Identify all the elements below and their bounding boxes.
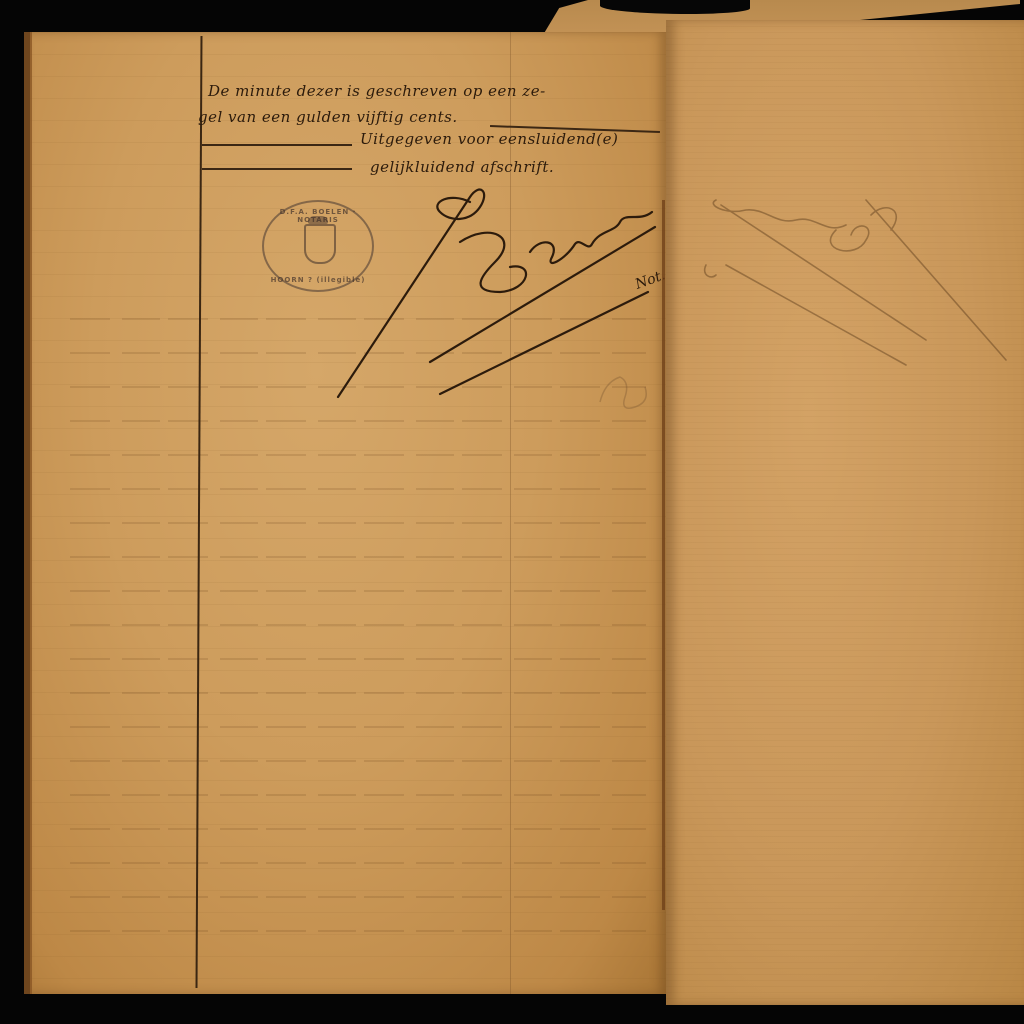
fold-crease [510, 32, 511, 994]
binding-gutter [662, 200, 665, 910]
ruled-dash [202, 168, 352, 170]
ruled-dash [202, 144, 352, 146]
pencil-mark [590, 362, 660, 422]
annotation-line-4: gelijkluidend afschrift. [370, 158, 554, 176]
right-page [666, 20, 1024, 1005]
document-scan: De minute dezer is geschreven op een ze-… [0, 0, 1024, 1024]
mirrored-signature-offset [686, 180, 1016, 380]
annotation-line-2: gel van een gulden vijftig cents. [198, 108, 458, 126]
annotation-line-1: De minute dezer is geschreven op een ze- [208, 82, 546, 100]
left-page: De minute dezer is geschreven op een ze-… [30, 32, 666, 994]
page-edge [24, 32, 32, 994]
crown-icon [308, 216, 328, 224]
annotation-line-3: Uitgegeven voor eensluidend(e) [360, 130, 618, 148]
